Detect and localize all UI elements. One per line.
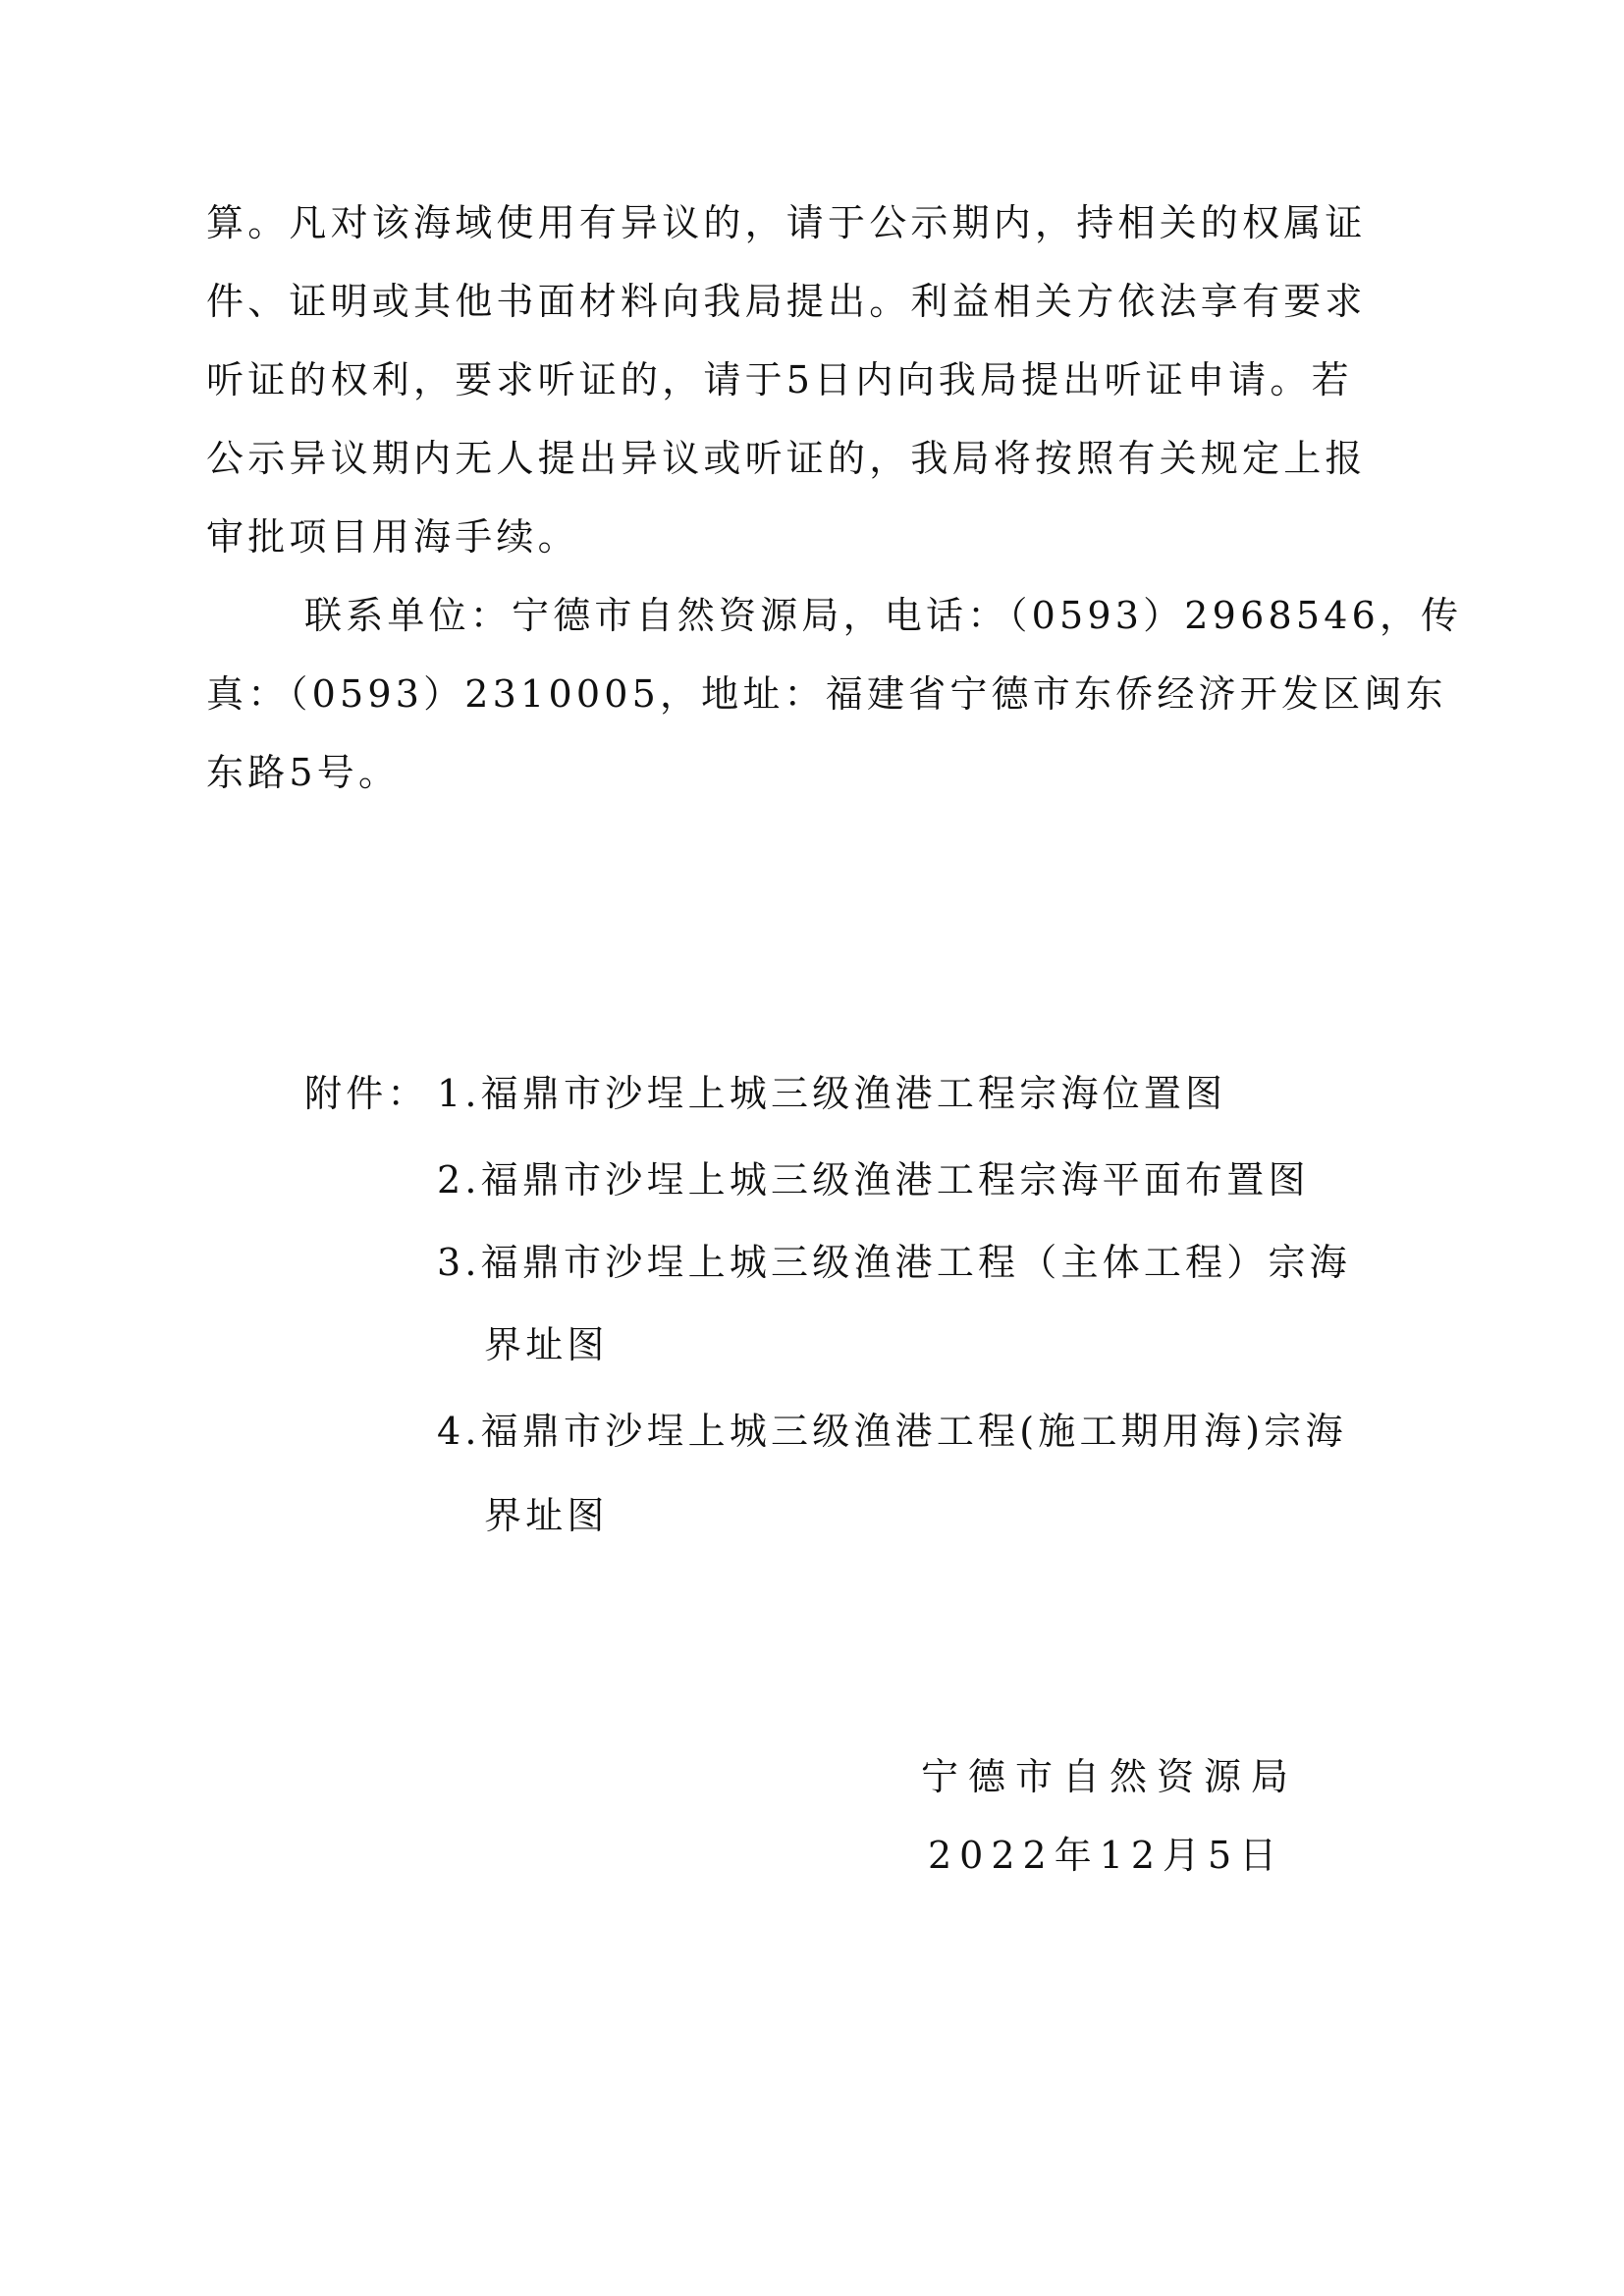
paragraph-line: 审批项目用海手续。 [206, 513, 579, 561]
paragraph-line: 件、证明或其他书面材料向我局提出。利益相关方依法享有要求 [206, 278, 1367, 325]
attachment-item-4-continued: 界址图 [484, 1492, 609, 1539]
contact-line: 真：（0593）2310005，地址：福建省宁德市东侨经济开发区闽东 [206, 670, 1447, 718]
attachment-title: 福鼎市沙埕上城三级渔港工程宗海平面布置图 [481, 1158, 1310, 1201]
attachment-item-3-continued: 界址图 [484, 1321, 609, 1368]
contact-line: 东路5号。 [206, 749, 400, 796]
attachment-number: 2. [437, 1158, 481, 1201]
attachment-item-3: 3.福鼎市沙埕上城三级渔港工程（主体工程）宗海 [437, 1239, 1351, 1286]
attachment-item-4: 4.福鼎市沙埕上城三级渔港工程(施工期用海)宗海 [437, 1408, 1347, 1455]
attachment-item-2: 2.福鼎市沙埕上城三级渔港工程宗海平面布置图 [437, 1156, 1310, 1203]
attachment-title: 福鼎市沙埕上城三级渔港工程(施工期用海)宗海 [481, 1410, 1347, 1453]
paragraph-line: 听证的权利，要求听证的，请于5日内向我局提出听证申请。若 [206, 356, 1353, 403]
contact-line: 联系单位：宁德市自然资源局，电话：（0593）2968546，传 [304, 592, 1462, 639]
attachment-title: 福鼎市沙埕上城三级渔港工程宗海位置图 [481, 1072, 1227, 1115]
issue-date: 2022年12月5日 [928, 1832, 1284, 1879]
paragraph-line: 算。凡对该海域使用有异议的，请于公示期内，持相关的权属证 [206, 199, 1367, 246]
attachment-title: 福鼎市沙埕上城三级渔港工程（主体工程）宗海 [481, 1241, 1351, 1284]
paragraph-line: 公示异议期内无人提出异议或听证的，我局将按照有关规定上报 [206, 435, 1367, 482]
attachment-number: 4. [437, 1410, 481, 1453]
issuer-name: 宁德市自然资源局 [921, 1753, 1298, 1800]
attachment-number: 1. [437, 1072, 481, 1115]
attachment-number: 3. [437, 1241, 481, 1284]
attachment-item-1: 1.福鼎市沙埕上城三级渔港工程宗海位置图 [437, 1070, 1226, 1117]
attachments-label: 附件： [304, 1070, 429, 1117]
document-page: 算。凡对该海域使用有异议的，请于公示期内，持相关的权属证 件、证明或其他书面材料… [0, 0, 1624, 2296]
